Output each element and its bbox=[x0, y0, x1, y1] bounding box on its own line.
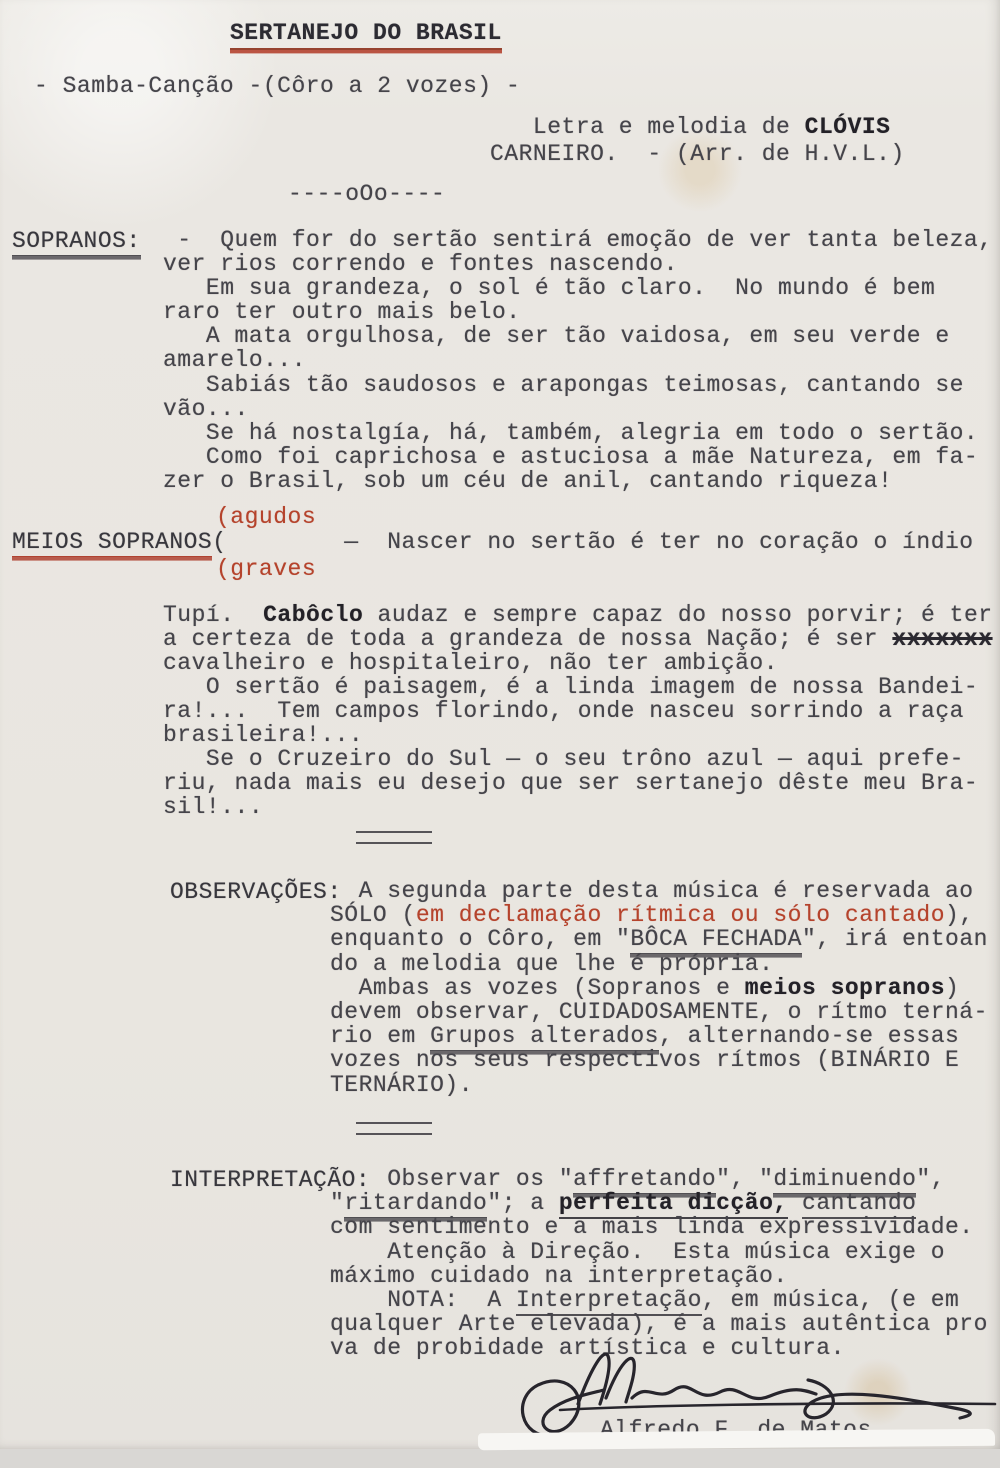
song-genre-subtitle: - Samba-Canção -(Côro a 2 vozes) - bbox=[34, 73, 520, 99]
observacoes-text: A segunda parte desta música é reservada… bbox=[330, 879, 988, 1097]
interpretacao-text: Observar os "affretando", "diminuendo","… bbox=[330, 1167, 988, 1361]
author-credit: Letra e melodia de CLÓVISCARNEIRO. - (Ar… bbox=[490, 114, 905, 168]
section-divider bbox=[356, 831, 432, 844]
meios-sopranos-lyrics: Tupí. Cabôclo audaz e sempre capaz do no… bbox=[163, 603, 993, 819]
sopranos-lyrics: - Quem for do sertão sentirá emoção de v… bbox=[163, 228, 993, 493]
sopranos-section-label: SOPRANOS: bbox=[12, 228, 141, 254]
meios-sopranos-first-line: — Nascer no sertão é ter no coração o ín… bbox=[330, 529, 974, 555]
section-divider bbox=[356, 1122, 432, 1135]
scanned-document-page: SERTANEJO DO BRASIL - Samba-Canção -(Côr… bbox=[0, 0, 1000, 1449]
document-title: SERTANEJO DO BRASIL bbox=[230, 20, 502, 46]
observacoes-section-label: OBSERVAÇÕES: bbox=[170, 879, 342, 905]
graves-voice-note: (graves bbox=[216, 556, 316, 582]
ornament-divider: ----oOo---- bbox=[288, 181, 445, 207]
meios-sopranos-section-label: MEIOS SOPRANOS( bbox=[12, 529, 227, 555]
agudos-voice-note: (agudos bbox=[216, 504, 316, 530]
